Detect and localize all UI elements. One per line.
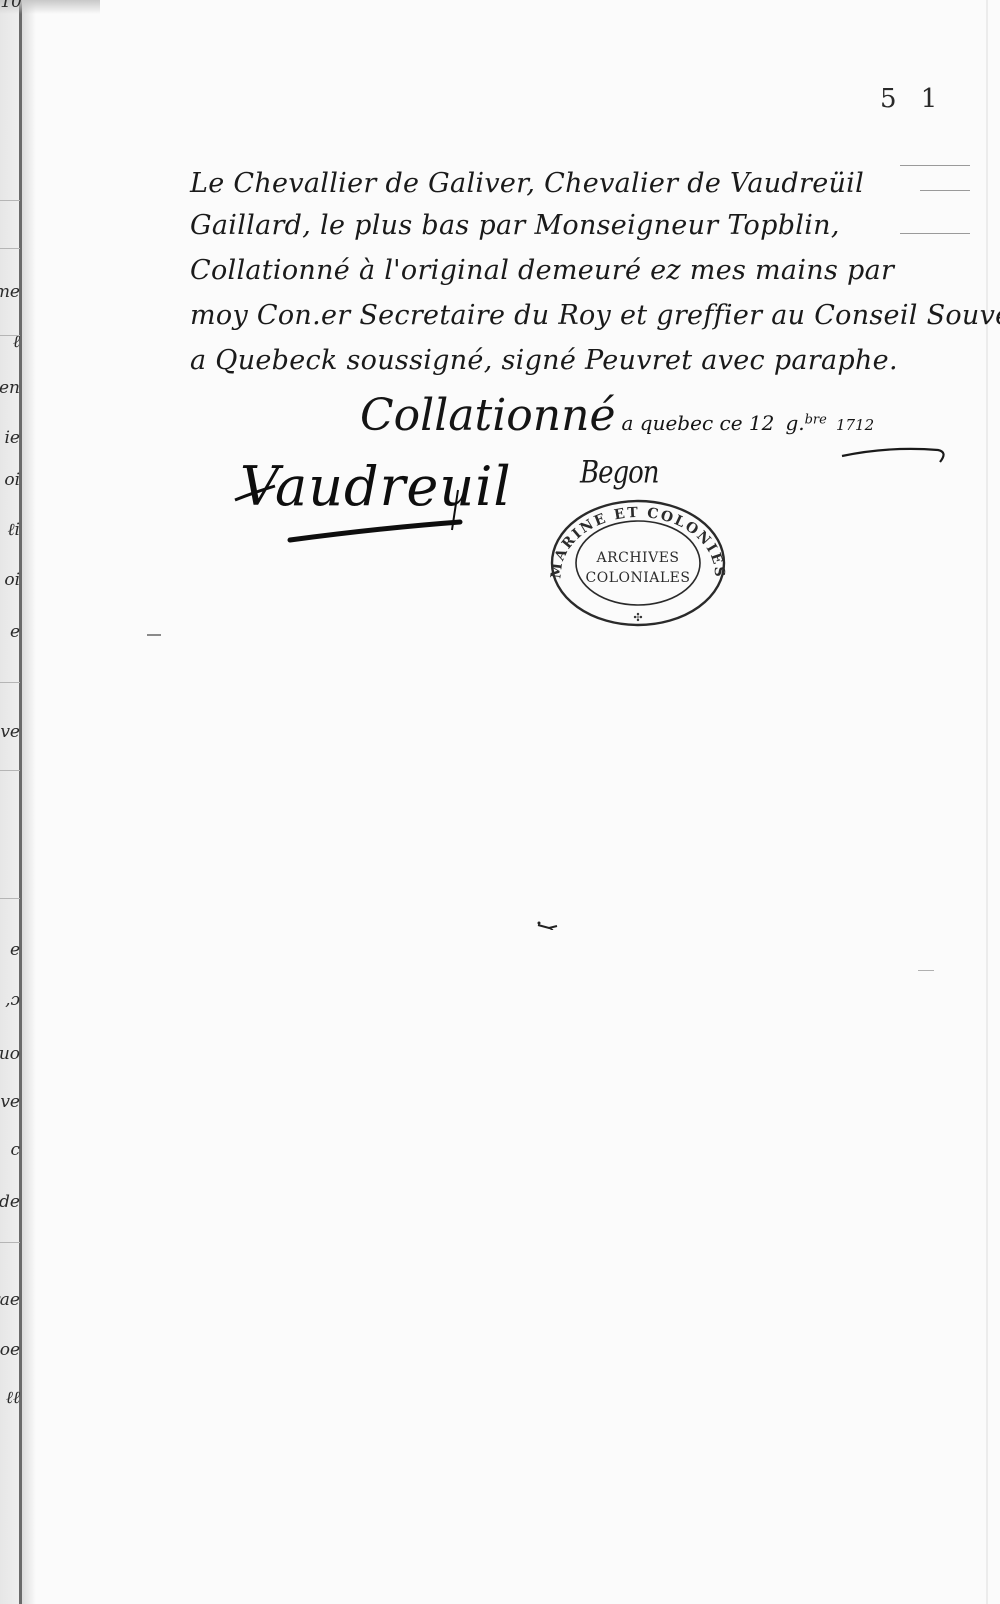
previous-page-margin-fragment: ie (0, 428, 20, 448)
attestation-word: Collationné (360, 390, 616, 441)
previous-page-edge (0, 0, 20, 1604)
previous-page-margin-fragment: de (0, 1192, 20, 1212)
stray-ink-dash (918, 970, 934, 971)
attestation-line: Collationnéa quebec ce 12 g.bre 1712 (360, 390, 874, 441)
previous-page-margin-fragment: ɔ, (0, 990, 20, 1010)
previous-page-margin-fragment: rae (0, 1290, 20, 1310)
body-line-1: Le Chevallier de Galiver, Chevalier de V… (190, 168, 864, 199)
stamp-inner-line-1: ARCHIVES (547, 548, 729, 568)
previous-page-margin-fragment: ve (0, 1092, 20, 1112)
previous-page-margin-fragment: me (0, 282, 20, 302)
previous-page-margin-fragment: uo (0, 1044, 20, 1064)
attestation-place-date: a quebec ce 12 (622, 411, 775, 435)
previous-page-rule (0, 248, 20, 249)
previous-page-rule (0, 898, 20, 899)
previous-page-margin-fragment: c (0, 1140, 20, 1160)
signature-underline-flourish (230, 470, 550, 570)
previous-page-rule (0, 1242, 20, 1243)
stray-ink-dash (147, 634, 161, 636)
stray-ink-mark (535, 920, 565, 930)
svg-text:✣: ✣ (633, 612, 642, 624)
binding-shadow (22, 0, 36, 1604)
body-line-3: Collationné à l'original demeuré ez mes … (190, 255, 894, 286)
previous-page-margin-fragment: ve (0, 722, 20, 742)
previous-page-margin-fragment: ℓi (0, 520, 20, 540)
body-line-5: a Quebeck soussigné, signé Peuvret avec … (190, 345, 898, 376)
manuscript-page: 10 meℓuenieoiℓioieveeɔ,uovecderaeoeℓℓ 5 … (0, 0, 1000, 1604)
body-line-4: moy Con.er Secretaire du Roy et greffier… (190, 300, 1000, 331)
body-line-2: Gaillard, le plus bas par Monseigneur To… (190, 210, 840, 241)
attestation-year: 1712 (836, 416, 874, 434)
previous-page-margin-fragment: e (0, 622, 20, 642)
previous-page-margin-fragment: oe (0, 1340, 20, 1360)
previous-page-margin-fragment: e (0, 940, 20, 960)
previous-page-rule (0, 682, 20, 683)
stamp-inner-line-2: COLONIALES (547, 568, 729, 588)
previous-page-number-fragment: 10 (0, 0, 22, 12)
previous-page-margin-fragment: oi (0, 470, 20, 490)
line-fill-stroke (900, 165, 970, 166)
attestation-month-superscript: bre (805, 413, 827, 428)
stamp-inner-text: ARCHIVES COLONIALES (547, 548, 729, 588)
previous-page-margin-fragment: ℓℓ (0, 1388, 20, 1408)
attestation-flourish (840, 442, 950, 464)
folio-number: 5 1 (880, 84, 945, 114)
previous-page-margin-fragment: uen (0, 378, 20, 398)
previous-page-rule (0, 200, 20, 201)
line-fill-stroke (920, 190, 970, 191)
signature-begon: Begon (580, 455, 659, 491)
attestation-month: g. (785, 411, 804, 435)
line-fill-stroke (900, 233, 970, 234)
previous-page-rule (0, 335, 20, 336)
previous-page-margin-fragment: oi (0, 570, 20, 590)
right-page-edge (986, 0, 988, 1604)
previous-page-rule (0, 770, 20, 771)
